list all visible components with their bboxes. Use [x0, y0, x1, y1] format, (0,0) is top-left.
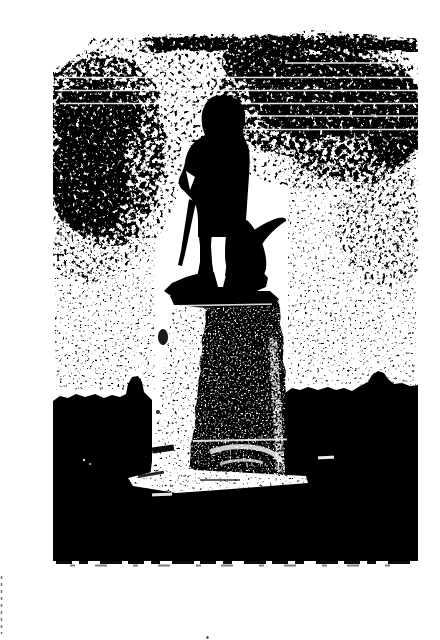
photo-area	[34, 30, 438, 566]
ground-shadow	[53, 484, 418, 561]
monument-photograph	[0, 0, 440, 640]
bottom-ink-speck	[206, 636, 208, 638]
left-face-spot	[156, 410, 160, 414]
plinth-dark-dash-2	[200, 479, 240, 481]
left-face-stain	[158, 329, 168, 345]
page	[0, 0, 440, 640]
